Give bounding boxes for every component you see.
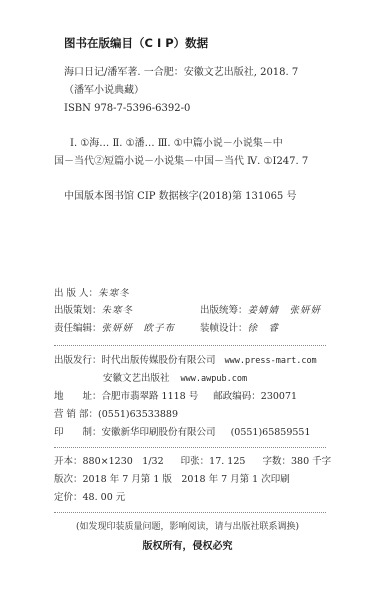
credit-coordinator: 出版统筹：姜婧婧 张妍妍 (200, 302, 321, 320)
value: 朱寒冬 (98, 288, 130, 299)
cip-line-1: 海口日记/潘军著. 一合肥：安徽文艺出版社, 2018. 7 (64, 64, 298, 82)
value: 880×1230 1/32 (83, 456, 164, 467)
value: 安徽新华印刷股份有限公司 (102, 427, 216, 438)
label: 版次： (54, 474, 83, 485)
spec-edition: 版次：2018 年 7 月第 1 版 2018 年 7 月第 1 次印刷 (54, 471, 290, 489)
value: 张妍妍 欧子布 (102, 323, 176, 334)
value: 时代出版传媒股份有限公司 (102, 355, 216, 366)
label: 字数： (262, 456, 291, 467)
phone: (0551)65859551 (231, 427, 311, 438)
label: 地 址： (54, 391, 102, 402)
value: 2018 年 7 月第 1 版 2018 年 7 月第 1 次印刷 (83, 474, 290, 485)
url: www.awpub.com (181, 374, 248, 384)
cip-classification-1: Ⅰ. ①海… Ⅱ. ①潘… Ⅲ. ①中篇小说－小说集－中 (70, 135, 283, 153)
pub-marketing: 营 销 部：(0551)63533889 (54, 406, 178, 424)
value: 安徽文艺出版社 (103, 373, 170, 384)
cip-heading: 图书在版编目（C I P）数据 (64, 35, 208, 51)
label: 出版策划： (54, 305, 102, 316)
pub-printer: 印 制：安徽新华印刷股份有限公司 (0551)65859551 (54, 424, 311, 442)
value: 姜婧婧 张妍妍 (248, 305, 322, 316)
pub-address: 地 址：合肥市翡翠路 1118 号 邮政编码：230071 (54, 388, 297, 406)
pub-publisher2: 安徽文艺出版社 www.awpub.com (103, 370, 247, 388)
label: 出版统筹： (200, 305, 248, 316)
label: 装帧设计： (200, 323, 248, 334)
value: 48. 00 元 (83, 492, 126, 503)
copyright-notice: 版权所有，侵权必究 (0, 537, 375, 552)
dotted-divider (54, 447, 326, 448)
cip-line-2: （潘军小说典藏） (64, 82, 144, 100)
label: 出 版 人： (54, 288, 98, 299)
spec-format: 开本：880×1230 1/32 印张：17. 125 字数：380 千字 (54, 453, 331, 471)
credit-editor: 责任编辑：张妍妍 欧子布 (54, 320, 175, 338)
label: 营 销 部： (54, 409, 98, 420)
label: 印张： (181, 456, 210, 467)
credit-designer: 装帧设计：徐 睿 (200, 320, 279, 338)
value: (0551)63533889 (98, 409, 178, 420)
label: 定价： (54, 492, 83, 503)
label: 印 制： (54, 427, 102, 438)
label: 开本： (54, 456, 83, 467)
cip-verification: 中国版本图书馆 CIP 数据核字(2018)第 131065 号 (64, 188, 296, 206)
value: 朱寒冬 (102, 305, 134, 316)
spec-price: 定价：48. 00 元 (54, 489, 125, 507)
cip-classification-2: 国－当代②短篇小说－小说集－中国－当代 Ⅳ. ①I247. 7 (54, 153, 308, 171)
dotted-divider (54, 512, 326, 513)
cip-isbn: ISBN 978-7-5396-6392-0 (64, 100, 190, 118)
label: 邮政编码： (213, 391, 261, 402)
dotted-divider (54, 345, 326, 346)
credit-publisher: 出 版 人：朱寒冬 (54, 285, 130, 303)
value: 380 千字 (291, 456, 331, 467)
value: 230071 (261, 391, 297, 402)
quality-notice: (如发现印装质量问题，影响阅读，请与出版社联系调换) (0, 519, 375, 532)
label: 责任编辑： (54, 323, 102, 334)
value: 17. 125 (209, 456, 245, 467)
value: 合肥市翡翠路 1118 号 (102, 391, 199, 402)
url: www.press-mart.com (225, 356, 317, 366)
credit-planner: 出版策划：朱寒冬 (54, 302, 133, 320)
value: 徐 睿 (248, 323, 280, 334)
pub-distributor: 出版发行：时代出版传媒股份有限公司 www.press-mart.com (54, 352, 317, 370)
label: 出版发行： (54, 355, 102, 366)
